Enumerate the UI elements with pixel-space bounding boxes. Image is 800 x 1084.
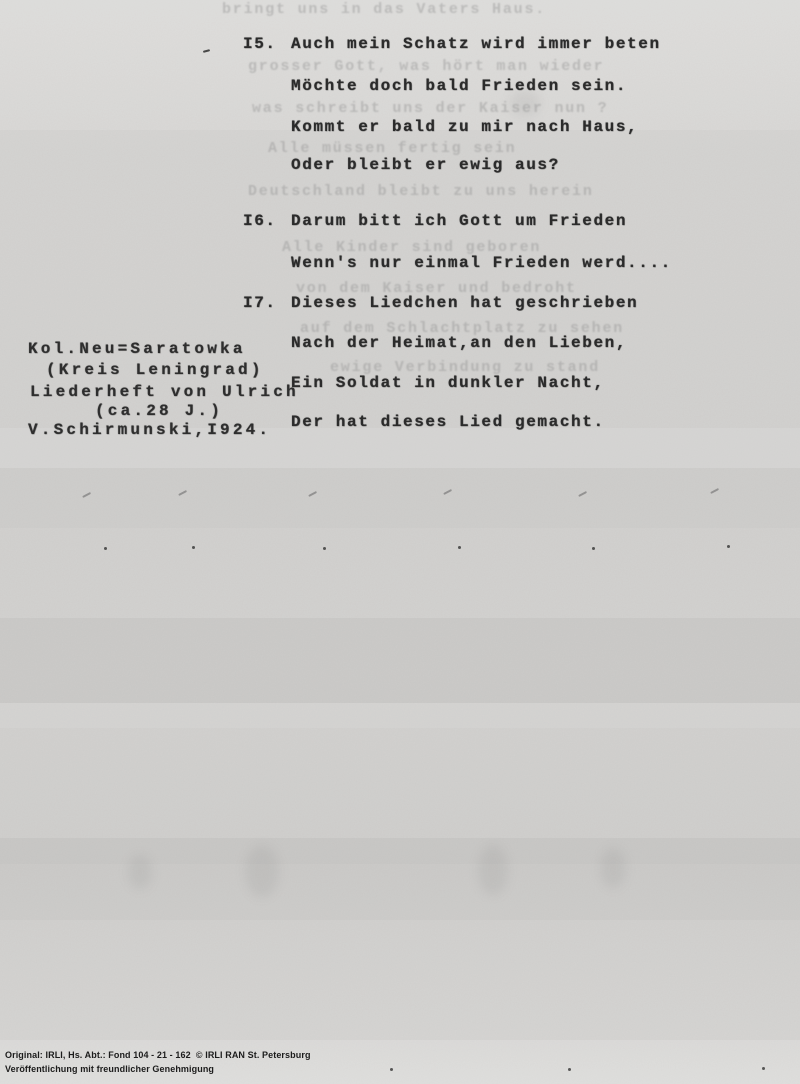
smudge-mark <box>128 855 152 889</box>
scan-band <box>0 864 800 920</box>
dot-mark <box>762 1067 765 1070</box>
verse-15-line: Möchte doch bald Frieden sein. <box>291 78 627 94</box>
dot-mark <box>192 546 195 549</box>
dot-mark <box>568 1068 571 1071</box>
dot-mark <box>104 547 107 550</box>
verse-17-line: Der hat dieses Lied gemacht. <box>291 414 605 430</box>
scan-band <box>0 618 800 703</box>
slash-mark <box>710 488 719 494</box>
slash-mark <box>82 492 91 498</box>
slash-mark <box>578 491 587 497</box>
verse-16-line: Wenn's nur einmal Frieden werd.... <box>291 255 672 271</box>
scan-band <box>0 838 800 864</box>
scanned-document-page: bringt uns in das Vaters Haus. grosser G… <box>0 0 800 1084</box>
verse-15-number: I5. <box>243 36 277 52</box>
speck-mark <box>203 49 210 53</box>
margin-note-line: (ca.28 J.) <box>95 403 223 419</box>
dot-mark <box>592 547 595 550</box>
ghost-text-line: was schreibt uns der Kaiser nun ? <box>252 101 608 116</box>
ghost-text-line: bringt uns in das Vaters Haus. <box>222 2 546 17</box>
smudge-mark <box>600 848 626 888</box>
verse-15-line: Oder bleibt er ewig aus? <box>291 157 560 173</box>
scan-band <box>0 468 800 528</box>
archive-credit-line-2: Veröffentlichung mit freundlicher Genehm… <box>5 1064 214 1074</box>
ghost-text-line: ewige Verbindung zu stand <box>330 360 600 375</box>
dot-mark <box>390 1068 393 1071</box>
dot-mark <box>323 547 326 550</box>
verse-16-line: Darum bitt ich Gott um Frieden <box>291 213 627 229</box>
dot-mark <box>727 545 730 548</box>
verse-16-number: I6. <box>243 213 277 229</box>
verse-15-line: Auch mein Schatz wird immer beten <box>291 36 661 52</box>
ghost-text-line: Alle Kinder sind geboren <box>282 240 541 255</box>
ghost-text-line: Alle müssen fertig sein <box>268 141 516 156</box>
scan-band <box>0 1040 800 1084</box>
slash-mark <box>443 489 452 495</box>
slash-mark <box>308 491 317 497</box>
scan-band <box>0 703 800 728</box>
margin-note-line: Kol.Neu=Saratowka <box>28 341 246 357</box>
verse-15-line: Kommt er bald zu mir nach Haus, <box>291 119 638 135</box>
verse-17-line: Ein Soldat in dunkler Nacht, <box>291 375 605 391</box>
margin-note-line: V.Schirmunski,I924. <box>28 422 271 438</box>
ghost-text-line: Deutschland bleibt zu uns herein <box>248 184 594 199</box>
margin-note-line: Liederheft von Ulrich <box>30 384 299 400</box>
ghost-text-line: grosser Gott, was hört man wieder <box>248 59 604 74</box>
verse-17-line: Nach der Heimat,an den Lieben, <box>291 335 627 351</box>
archive-credit-line-1: Original: IRLI, Hs. Abt.: Fond 104 - 21 … <box>5 1050 311 1060</box>
verse-17-line: Dieses Liedchen hat geschrieben <box>291 295 638 311</box>
margin-note-line: (Kreis Leningrad) <box>46 362 264 378</box>
slash-mark <box>178 490 187 496</box>
dot-mark <box>458 546 461 549</box>
verse-17-number: I7. <box>243 295 277 311</box>
smudge-mark <box>245 845 279 897</box>
smudge-mark <box>478 845 508 895</box>
